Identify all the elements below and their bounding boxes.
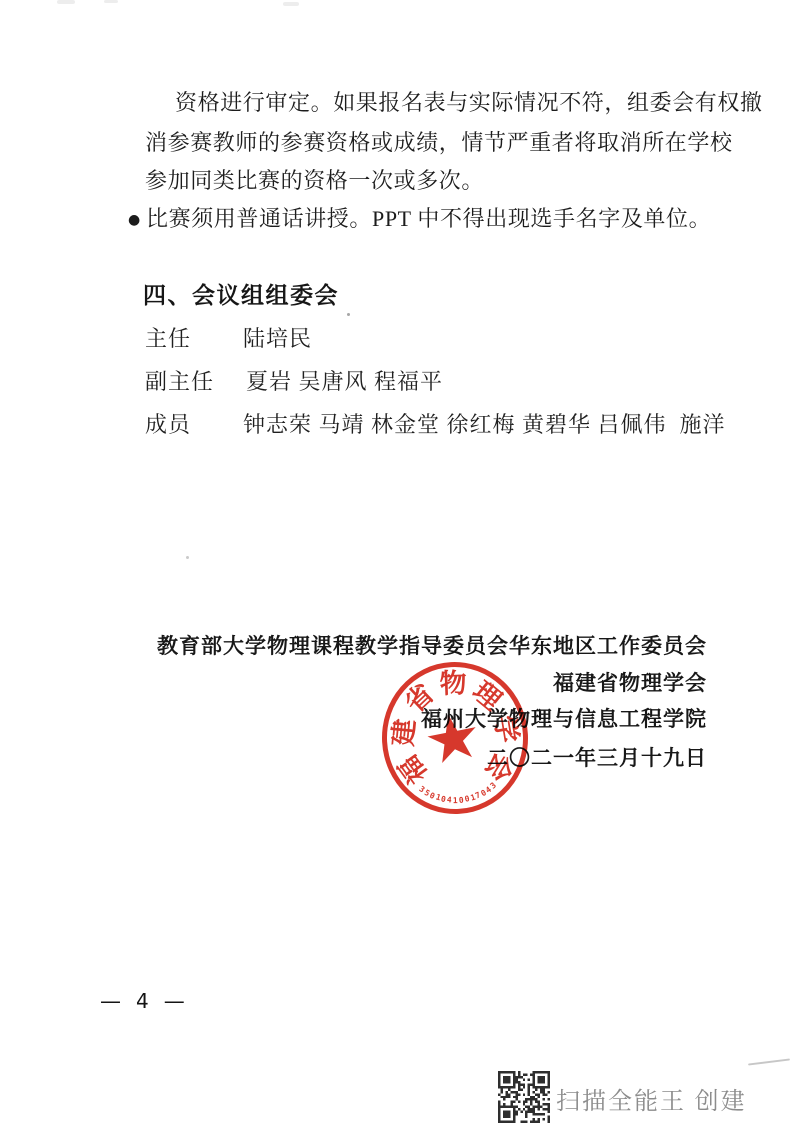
- paragraph-line: 消参赛教师的参赛资格或成绩，情节严重者将取消所在学校: [145, 130, 733, 156]
- committee-role: 成员: [145, 408, 191, 439]
- scan-artifact: [186, 556, 189, 559]
- signature-line-org1: 教育部大学物理课程教学指导委员会华东地区工作委员会: [157, 630, 707, 660]
- section-heading: 四、会议组组委会: [143, 277, 339, 310]
- bullet-item-text: 比赛须用普通话讲授。PPT 中不得出现选手名字及单位。: [146, 206, 711, 232]
- page-number-dash: —: [164, 989, 185, 1013]
- seal-serial-digit: 1: [453, 797, 458, 805]
- scan-artifact: [57, 0, 75, 4]
- committee-names: 陆培民: [243, 322, 312, 353]
- scanned-document-page: 资格进行审定。如果报名表与实际情况不符，组委会有权撤 消参赛教师的参赛资格或成绩…: [0, 0, 799, 1131]
- page-number: —4—: [100, 989, 185, 1013]
- qr-code-icon: [498, 1071, 550, 1123]
- scan-artifact: [283, 2, 299, 6]
- paragraph-line: 资格进行审定。如果报名表与实际情况不符，组委会有权撤: [175, 90, 763, 116]
- page-number-value: 4: [136, 989, 149, 1013]
- seal-serial-number: 35010410017043: [383, 664, 526, 813]
- committee-names: 夏岩 吴唐风 程福平: [246, 365, 443, 396]
- official-seal-stamp: 福建省物理学会 ★ 35010410017043: [378, 658, 532, 817]
- scan-artifact: [347, 313, 350, 316]
- bullet-icon: ●: [128, 213, 140, 227]
- committee-names: 钟志荣 马靖 林金堂 徐红梅 黄碧华 吕佩伟 施洋: [243, 408, 726, 439]
- committee-role: 副主任: [145, 365, 214, 396]
- signature-line-org2: 福建省物理学会: [553, 667, 707, 697]
- committee-role: 主任: [145, 322, 191, 353]
- seal-serial-digit: 0: [458, 796, 464, 804]
- paragraph-line: 参加同类比赛的资格一次或多次。: [145, 168, 484, 194]
- seal-serial-digit: 4: [447, 796, 453, 804]
- scan-artifact: [104, 0, 118, 3]
- scan-artifact: [748, 1058, 790, 1065]
- page-number-dash: —: [100, 989, 121, 1013]
- qr-code-svg: [498, 1071, 550, 1123]
- camscanner-watermark: 扫描全能王 创建: [556, 1081, 747, 1116]
